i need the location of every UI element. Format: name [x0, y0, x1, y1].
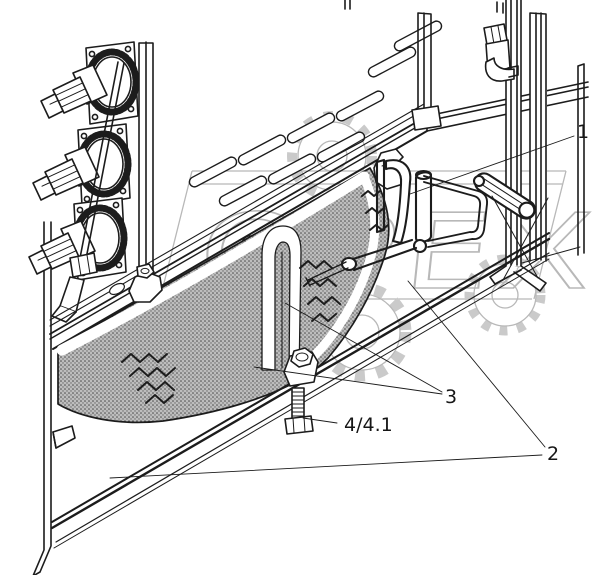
parts-diagram: ОРЕХ — [0, 0, 603, 575]
callout-4-label: 4/4.1 — [344, 414, 393, 436]
callout-3-label: 3 — [445, 386, 457, 408]
parts-diagram-canvas: ОРЕХ — [0, 0, 603, 575]
callout-1-label: 1 — [577, 121, 589, 143]
callout-2-label: 2 — [547, 443, 559, 465]
